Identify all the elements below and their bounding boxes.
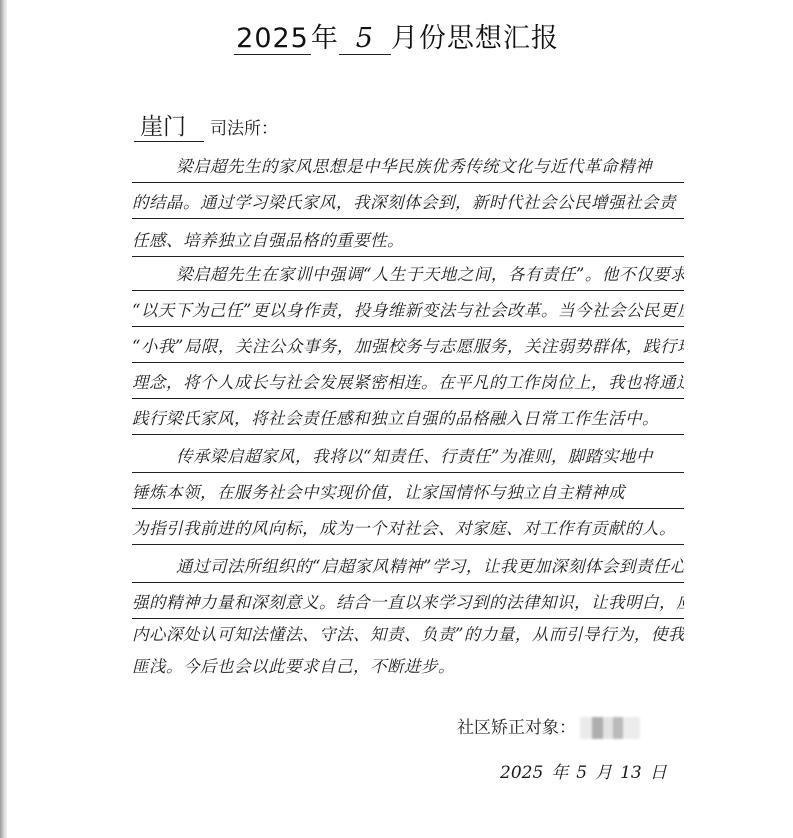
body-line: 内心深处认可知法懂法、守法、知责、负责”的力量，从而引导行为，使我受益 (132, 620, 684, 650)
body-line: 传承梁启超家风，我将以“知责任、行责任”为准则，脚踏实地中 (132, 442, 684, 473)
addressee-name: 崖门 (134, 108, 204, 142)
body-line: 梁启超先生在家训中强调“人生于天地之间，各有责任”。他不仅要求子女 (132, 260, 684, 291)
title-month: 5 (339, 23, 391, 55)
signature-date: 2025年5月13日 (500, 758, 675, 783)
date-day: 13 (620, 763, 642, 783)
date-month: 5 (576, 763, 587, 783)
body-line: 强的精神力量和深刻意义。结合一直以来学习到的法律知识，让我明白，应从 (132, 588, 684, 619)
addressee: 崖门司法所： (134, 108, 278, 142)
body-line: 践行梁氏家风，将社会责任感和独立自强的品格融入日常工作生活中。 (132, 404, 684, 435)
body-line: 通过司法所组织的“启超家风精神”学习，让我更加深刻体会到责任心、自 (132, 552, 684, 583)
scan-shadow-edge (0, 0, 7, 838)
body-line: 梁启超先生的家风思想是中华民族优秀传统文化与近代革命精神 (132, 152, 684, 183)
body-line: 锤炼本领，在服务社会中实现价值，让家国情怀与独立自主精神成 (132, 478, 684, 509)
date-day-suffix: 日 (650, 763, 667, 783)
body-line: 理念，将个人成长与社会发展紧密相连。在平凡的工作岗位上，我也将通过 (132, 368, 684, 399)
title-year-suffix: 年 (311, 23, 339, 54)
signature-label: 社区矫正对象： (457, 718, 576, 738)
addressee-org: 司法所： (210, 119, 278, 139)
body-line: 任感、培养独立自强品格的重要性。 (132, 226, 684, 257)
date-year: 2025 (500, 763, 543, 783)
signature: 社区矫正对象： (457, 713, 640, 739)
body-line: 匪浅。今后也会以此要求自己，不断进步。 (132, 652, 684, 682)
date-month-suffix: 月 (595, 763, 612, 783)
date-year-suffix: 年 (551, 763, 568, 783)
body-line: 为指引我前进的风向标，成为一个对社会、对家庭、对工作有贡献的人。 (132, 514, 684, 545)
title-year: 2025 (234, 23, 311, 55)
body-line: 的结晶。通过学习梁氏家风，我深刻体会到，新时代社会公民增强社会责 (132, 188, 684, 219)
title-suffix: 月份思想汇报 (391, 23, 559, 54)
body-line: “小我”局限，关注公众事务，加强校务与志愿服务，关注弱势群体，践行环保 (132, 332, 684, 363)
page-title: 2025年5月份思想汇报 (0, 16, 793, 55)
redacted-name (580, 717, 640, 739)
body-line: “以天下为己任”更以身作责，投身维新变法与社会改革。当今社会公民更应跳出 (132, 296, 684, 327)
